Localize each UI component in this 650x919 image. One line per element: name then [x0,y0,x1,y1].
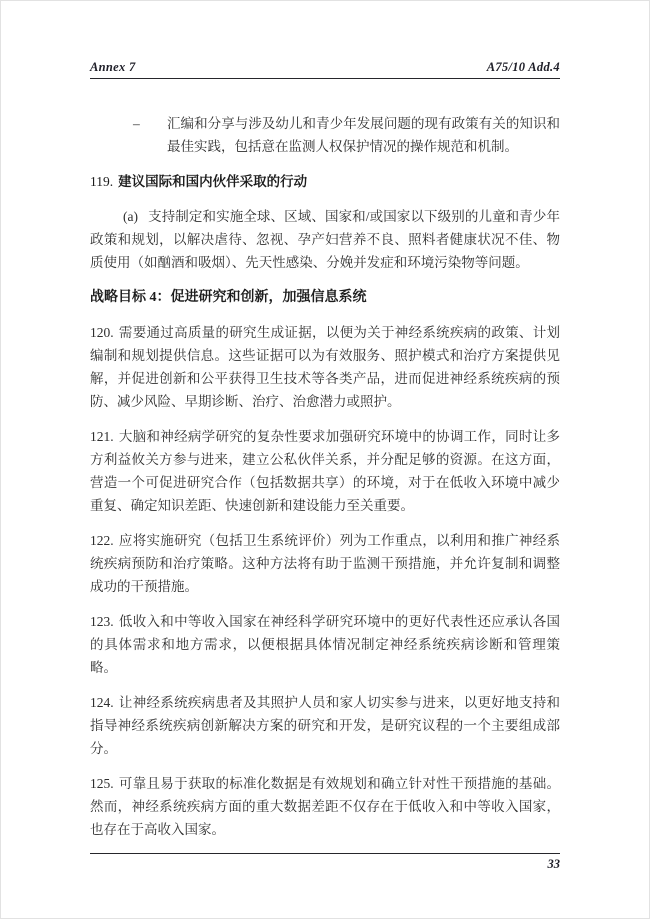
section-heading-119: 119.建议国际和国内伙伴采取的行动 [90,170,560,193]
paragraph-number: 120. [90,325,119,340]
paragraph-120: 120.需要通过高质量的研究生成证据，以便为关于神经系统疾病的政策、计划编制和规… [90,321,560,413]
paragraph-122: 122.应将实施研究（包括卫生系统评价）列为工作重点，以利用和推广神经系统疾病预… [90,529,560,598]
header-document-number: A75/10 Add.4 [487,60,560,75]
paragraph-number: 123. [90,614,119,629]
paragraph-120-text: 需要通过高质量的研究生成证据，以便为关于神经系统疾病的政策、计划编制和规划提供信… [90,325,560,409]
header-annex-label: Annex 7 [90,60,136,75]
document-body: – 汇编和分享与涉及幼儿和青少年发展问题的现有政策有关的知识和最佳实践，包括意在… [90,112,560,853]
bullet-item: – 汇编和分享与涉及幼儿和青少年发展问题的现有政策有关的知识和最佳实践，包括意在… [90,112,560,158]
section-heading-119-text: 建议国际和国内伙伴采取的行动 [118,174,307,189]
paragraph-124-text: 让神经系统疾病患者及其照护人员和家人切实参与进来，以更好地支持和指导神经系统疾病… [90,695,560,756]
subparagraph-a-text: 支持制定和实施全球、区域、国家和/或国家以下级别的儿童和青少年政策和规划，以解决… [90,209,560,270]
paragraph-124: 124.让神经系统疾病患者及其照护人员和家人切实参与进来，以更好地支持和指导神经… [90,691,560,760]
document-page: Annex 7 A75/10 Add.4 – 汇编和分享与涉及幼儿和青少年发展问… [0,0,650,919]
paragraph-number: 125. [90,776,119,791]
bullet-text: 汇编和分享与涉及幼儿和青少年发展问题的现有政策有关的知识和最佳实践，包括意在监测… [167,116,560,154]
paragraph-121: 121.大脑和神经病学研究的复杂性要求加强研究环境中的协调工作，同时让多方利益攸… [90,425,560,517]
page-footer: 33 [90,853,560,872]
paragraph-123: 123.低收入和中等收入国家在神经科学研究环境中的更好代表性还应承认各国的具体需… [90,610,560,679]
subparagraph-a: (a)支持制定和实施全球、区域、国家和/或国家以下级别的儿童和青少年政策和规划，… [90,205,560,274]
paragraph-number: 124. [90,695,119,710]
paragraph-121-text: 大脑和神经病学研究的复杂性要求加强研究环境中的协调工作，同时让多方利益攸关方参与… [90,429,560,513]
paragraph-number: 122. [90,533,119,548]
paragraph-number: 119. [90,174,118,189]
paragraph-122-text: 应将实施研究（包括卫生系统评价）列为工作重点，以利用和推广神经系统疾病预防和治疗… [90,533,560,594]
bullet-dash: – [133,112,140,135]
page-header: Annex 7 A75/10 Add.4 [90,60,560,79]
paragraph-125-text: 可靠且易于获取的标准化数据是有效规划和确立针对性干预措施的基础。然而，神经系统疾… [90,776,560,837]
paragraph-125: 125.可靠且易于获取的标准化数据是有效规划和确立针对性干预措施的基础。然而，神… [90,772,560,841]
strategic-objective-4-heading: 战略目标 4：促进研究和创新，加强信息系统 [90,286,560,309]
page-number: 33 [548,857,561,871]
paragraph-123-text: 低收入和中等收入国家在神经科学研究环境中的更好代表性还应承认各国的具体需求和地方… [90,614,560,675]
subparagraph-label: (a) [123,209,148,224]
paragraph-number: 121. [90,429,119,444]
